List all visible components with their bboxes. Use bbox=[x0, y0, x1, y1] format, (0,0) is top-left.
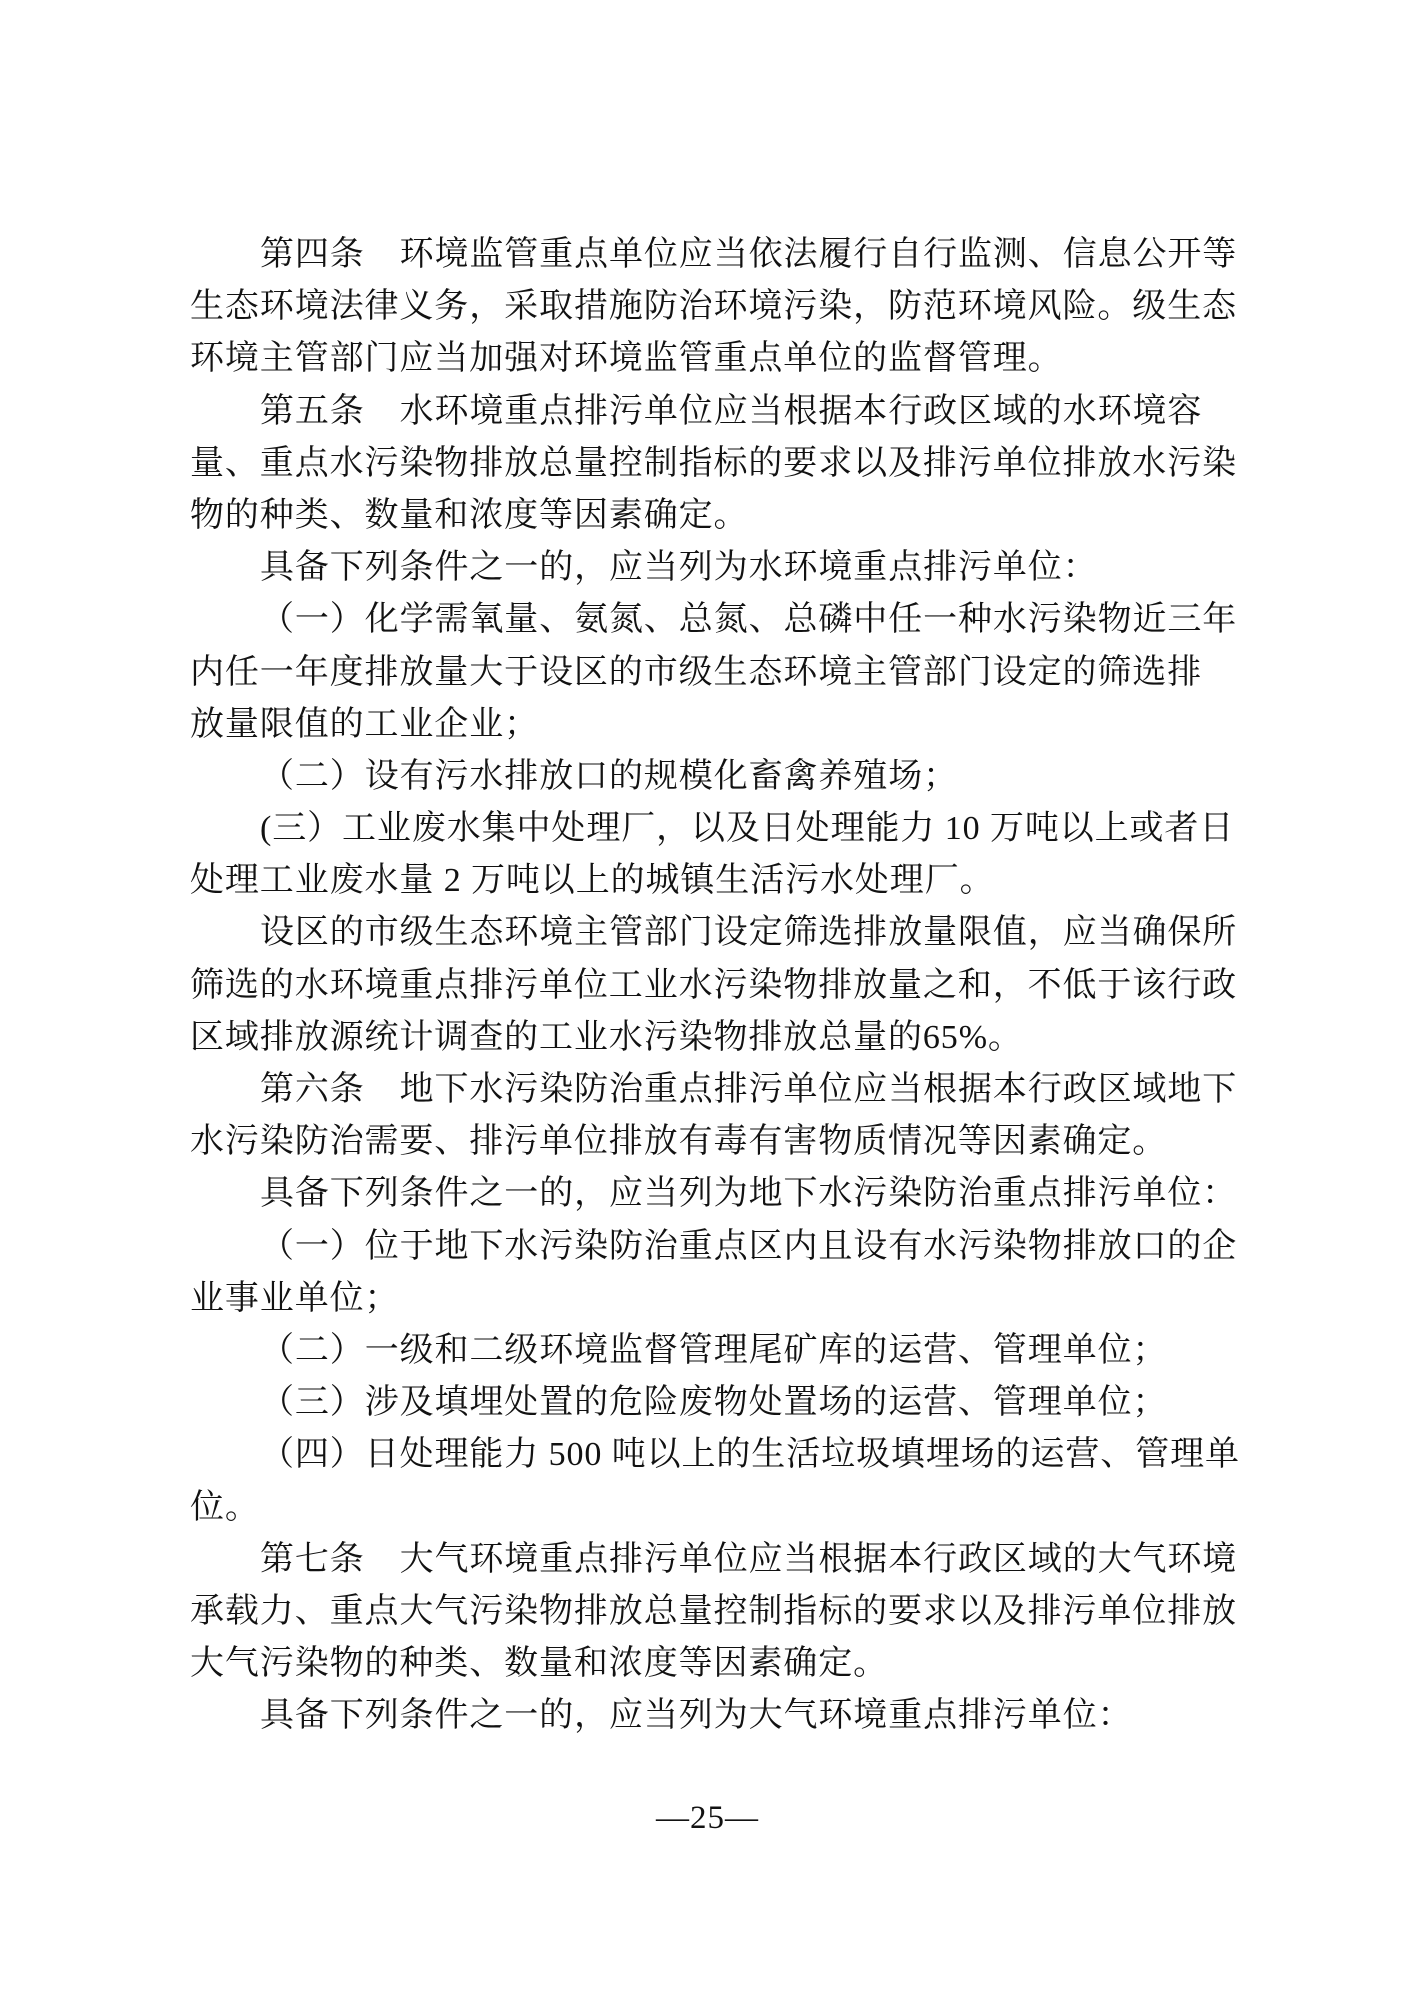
text-line: 筛选的水环境重点排污单位工业水污染物排放量之和，不低于该行政 bbox=[190, 960, 1240, 1012]
text-line: 具备下列条件之一的，应当列为地下水污染防治重点排污单位： bbox=[190, 1168, 1240, 1220]
paragraph-12: （三）涉及填埋处置的危险废物处置场的运营、管理单位； bbox=[190, 1377, 1240, 1429]
paragraph-13: （四）日处理能力 500 吨以上的生活垃圾填埋场的运营、管理单位。 bbox=[190, 1429, 1240, 1533]
text-line: 环境主管部门应当加强对环境监管重点单位的监督管理。 bbox=[190, 333, 1240, 385]
text-line: 第四条 环境监管重点单位应当依法履行自行监测、信息公开等 bbox=[190, 229, 1240, 281]
text-line: 区域排放源统计调查的工业水污染物排放总量的65%。 bbox=[190, 1012, 1240, 1064]
text-line: (三）工业废水集中处理厂，以及日处理能力 10 万吨以上或者日 bbox=[190, 803, 1240, 855]
text-line: 量、重点水污染物排放总量控制指标的要求以及排污单位排放水污染 bbox=[190, 438, 1240, 490]
text-line: 大气污染物的种类、数量和浓度等因素确定。 bbox=[190, 1638, 1240, 1690]
paragraph-14: 第七条 大气环境重点排污单位应当根据本行政区域的大气环境承载力、重点大气污染物排… bbox=[190, 1534, 1240, 1691]
text-line: 业事业单位； bbox=[190, 1273, 1240, 1325]
paragraph-10: （一）位于地下水污染防治重点区内且设有水污染物排放口的企业事业单位； bbox=[190, 1221, 1240, 1325]
text-line: （一）位于地下水污染防治重点区内且设有水污染物排放口的企 bbox=[190, 1221, 1240, 1273]
text-line: 第七条 大气环境重点排污单位应当根据本行政区域的大气环境 bbox=[190, 1534, 1240, 1586]
text-line: （四）日处理能力 500 吨以上的生活垃圾填埋场的运营、管理单 bbox=[190, 1429, 1240, 1481]
paragraph-15: 具备下列条件之一的，应当列为大气环境重点排污单位： bbox=[190, 1690, 1240, 1742]
text-line: 放量限值的工业企业； bbox=[190, 699, 1240, 751]
text-line: 第五条 水环境重点排污单位应当根据本行政区域的水环境容 bbox=[190, 386, 1240, 438]
text-line: 位。 bbox=[190, 1482, 1240, 1534]
text-line: 处理工业废水量 2 万吨以上的城镇生活污水处理厂。 bbox=[190, 855, 1240, 907]
text-line: 具备下列条件之一的，应当列为大气环境重点排污单位： bbox=[190, 1690, 1240, 1742]
page-number: —25— bbox=[0, 1800, 1415, 1837]
text-line: 内任一年度排放量大于设区的市级生态环境主管部门设定的筛选排 bbox=[190, 647, 1240, 699]
document-text-block: 第四条 环境监管重点单位应当依法履行自行监测、信息公开等生态环境法律义务，采取措… bbox=[190, 229, 1240, 1742]
paragraph-3: 具备下列条件之一的，应当列为水环境重点排污单位： bbox=[190, 542, 1240, 594]
text-line: 水污染防治需要、排污单位排放有毒有害物质情况等因素确定。 bbox=[190, 1116, 1240, 1168]
paragraph-11: （二）一级和二级环境监督管理尾矿库的运营、管理单位； bbox=[190, 1325, 1240, 1377]
text-line: （二）一级和二级环境监督管理尾矿库的运营、管理单位； bbox=[190, 1325, 1240, 1377]
paragraph-2: 第五条 水环境重点排污单位应当根据本行政区域的水环境容量、重点水污染物排放总量控… bbox=[190, 386, 1240, 543]
paragraph-5: （二）设有污水排放口的规模化畜禽养殖场； bbox=[190, 751, 1240, 803]
paragraph-1: 第四条 环境监管重点单位应当依法履行自行监测、信息公开等生态环境法律义务，采取措… bbox=[190, 229, 1240, 386]
paragraph-6: (三）工业废水集中处理厂，以及日处理能力 10 万吨以上或者日处理工业废水量 2… bbox=[190, 803, 1240, 907]
text-line: （三）涉及填埋处置的危险废物处置场的运营、管理单位； bbox=[190, 1377, 1240, 1429]
text-line: 物的种类、数量和浓度等因素确定。 bbox=[190, 490, 1240, 542]
text-line: 生态环境法律义务，采取措施防治环境污染，防范环境风险。级生态 bbox=[190, 281, 1240, 333]
paragraph-7: 设区的市级生态环境主管部门设定筛选排放量限值，应当确保所筛选的水环境重点排污单位… bbox=[190, 907, 1240, 1064]
text-line: 具备下列条件之一的，应当列为水环境重点排污单位： bbox=[190, 542, 1240, 594]
document-page: 第四条 环境监管重点单位应当依法履行自行监测、信息公开等生态环境法律义务，采取措… bbox=[0, 0, 1415, 2000]
text-line: 设区的市级生态环境主管部门设定筛选排放量限值，应当确保所 bbox=[190, 907, 1240, 959]
text-line: （一）化学需氧量、氨氮、总氮、总磷中任一种水污染物近三年 bbox=[190, 594, 1240, 646]
paragraph-8: 第六条 地下水污染防治重点排污单位应当根据本行政区域地下水污染防治需要、排污单位… bbox=[190, 1064, 1240, 1168]
paragraph-9: 具备下列条件之一的，应当列为地下水污染防治重点排污单位： bbox=[190, 1168, 1240, 1220]
paragraph-4: （一）化学需氧量、氨氮、总氮、总磷中任一种水污染物近三年内任一年度排放量大于设区… bbox=[190, 594, 1240, 751]
text-line: 承载力、重点大气污染物排放总量控制指标的要求以及排污单位排放 bbox=[190, 1586, 1240, 1638]
text-line: （二）设有污水排放口的规模化畜禽养殖场； bbox=[190, 751, 1240, 803]
text-line: 第六条 地下水污染防治重点排污单位应当根据本行政区域地下 bbox=[190, 1064, 1240, 1116]
